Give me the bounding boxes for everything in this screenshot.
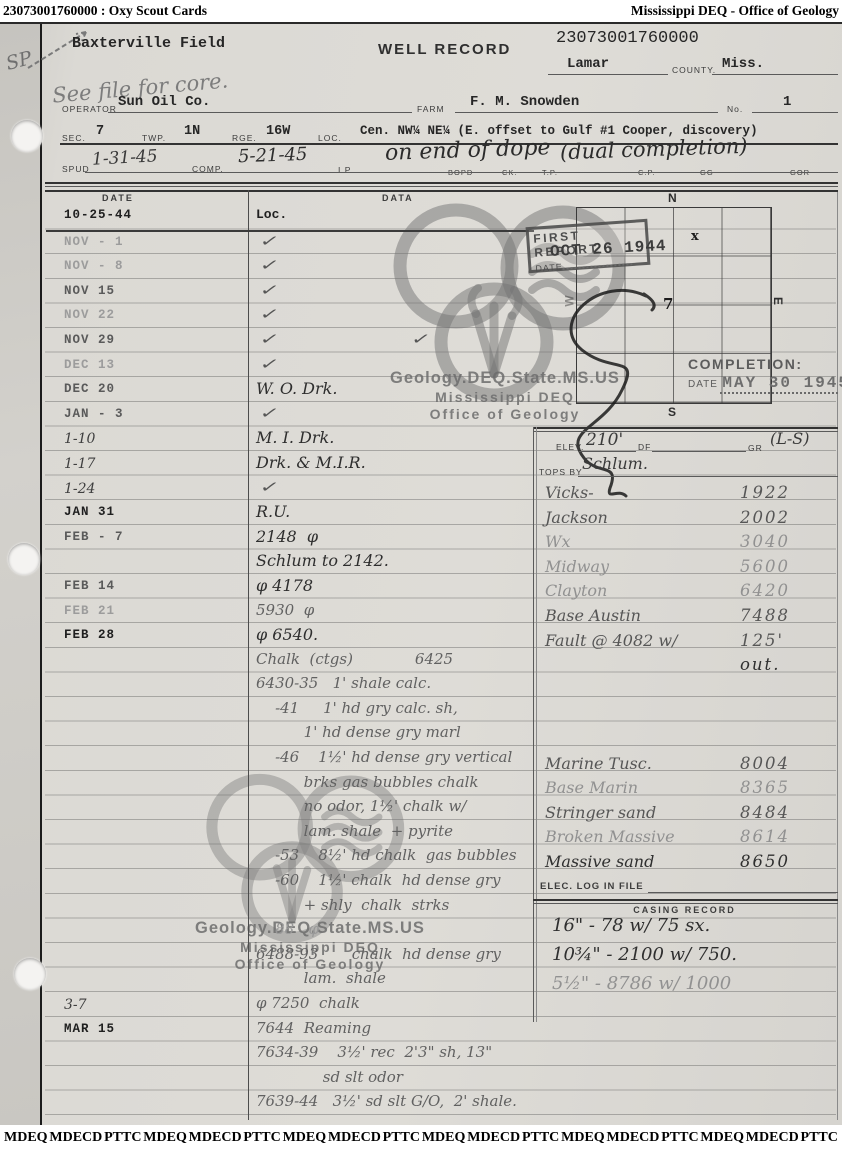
footer-token: MDEQ — [700, 1130, 744, 1146]
log-row: lam. shale + pyrite — [46, 822, 534, 847]
log-date — [46, 674, 248, 677]
log-data: ✓ — [246, 404, 679, 422]
log-date — [46, 896, 248, 899]
log-row: 7639-44 3½' sd slt G/O, 2' shale. — [46, 1092, 534, 1117]
formation-depth: 125' — [740, 631, 784, 656]
log-data: φ 7250 chalk — [248, 994, 534, 1012]
formation-name: Jackson — [537, 508, 740, 533]
formation-depth: 8614 — [740, 827, 790, 852]
log-data: -41 1' hd gry calc. sh, — [248, 699, 534, 717]
sec-label: SEC. — [62, 133, 86, 143]
log-row: + shly chalk strks — [46, 896, 534, 921]
log-date — [46, 748, 248, 751]
footer-token: MDECD — [328, 1130, 381, 1146]
comp-value: 5-21-45 — [238, 144, 308, 167]
log-data: lam. shale + pyrite — [248, 822, 534, 840]
df-label: DF — [638, 442, 651, 452]
log-data: Schlum to 2142. — [248, 551, 534, 570]
log-row: brks gas bubbles chalk — [46, 773, 534, 798]
formation-depth: 8004 — [740, 754, 790, 779]
footer-token: PTTC — [243, 1130, 280, 1146]
log-data: brks gas bubbles chalk — [248, 773, 534, 791]
compass-n: N — [668, 191, 677, 205]
log-date — [46, 822, 248, 825]
farm-label: FARM — [417, 104, 445, 114]
log-row: 1' hd dense gry marl — [46, 723, 534, 748]
formation-name: Wx — [537, 532, 740, 557]
log-data: -46 1½' hd dense gry vertical — [248, 748, 534, 766]
log-date: NOV 15 — [46, 281, 248, 298]
formation-depth: 8365 — [740, 778, 790, 803]
formation-depth: 7488 — [740, 606, 790, 631]
casing-record-lines: 16" - 78 w/ 75 sx.10¾" - 2100 w/ 750.5½"… — [552, 915, 837, 1002]
log-row: 1-10 M. I. Drk. — [46, 428, 534, 453]
log-date — [46, 723, 248, 726]
log-row: FEB - 7 2148 φ — [46, 527, 534, 552]
log-data: lam. shale — [248, 969, 534, 987]
formation-top-row: Vicks- 1922 — [537, 483, 836, 508]
log-date — [46, 1068, 248, 1071]
casing-line: 5½" - 8786 w/ 1000 — [552, 973, 837, 1002]
formation-name — [537, 680, 740, 705]
log-date: 1-10 — [46, 428, 248, 447]
formation-name: Vicks- — [537, 483, 740, 508]
log-data: Chalk (ctgs) 6425 — [248, 650, 534, 668]
log-row: 10-25-44 Loc. — [46, 205, 534, 232]
log-data: Drk. & M.I.R. — [248, 453, 534, 472]
formation-name: Base Austin — [537, 606, 740, 631]
log-data: M. I. Drk. — [248, 428, 534, 447]
log-date: DEC 20 — [46, 379, 248, 396]
footer-token: MDEQ — [422, 1130, 466, 1146]
formation-name: Massive sand — [537, 852, 740, 877]
formation-top-row: Stringer sand 8484 — [537, 803, 836, 828]
log-row: sd slt odor — [46, 1068, 534, 1093]
log-data: no odor, 1½' chalk w/ — [248, 797, 534, 815]
log-row: no odor, 1½' chalk w/ — [46, 797, 534, 822]
tops-by-label: TOPS BY — [539, 467, 583, 477]
formation-name: Broken Massive — [537, 827, 740, 852]
log-row: DEC 20 W. O. Drk. — [46, 379, 534, 404]
field-name: Baxterville Field — [72, 35, 225, 52]
formation-top-row: Wx 3040 — [537, 532, 836, 557]
form-title: WELL RECORD — [378, 41, 511, 58]
section-number: 7 — [663, 295, 673, 313]
log-data: 7639-44 3½' sd slt G/O, 2' shale. — [248, 1092, 534, 1110]
log-date — [46, 871, 248, 874]
log-data-header: DATA — [382, 193, 414, 203]
formation-depth: 3040 — [740, 532, 790, 557]
county-label: COUNTY. — [672, 65, 716, 75]
footer-token: MDECD — [607, 1130, 660, 1146]
compass-e: E — [771, 297, 785, 305]
log-row: JAN - 3 ✓ — [46, 404, 534, 429]
log-row: NOV - 1 ✓ — [46, 232, 534, 257]
log-date: FEB 21 — [46, 601, 248, 618]
log-date — [46, 920, 248, 923]
punch-hole-middle — [8, 543, 40, 575]
formation-tops-list: Vicks- 1922 Jackson 2002 Wx 3040 Midway … — [537, 483, 836, 877]
log-row: NOV 22 ✓ — [46, 305, 534, 330]
log-row: 88 φ — [46, 920, 534, 945]
log-date: NOV - 1 — [46, 232, 248, 249]
footer-token: MDEQ — [143, 1130, 187, 1146]
log-data: 5930 φ — [248, 601, 534, 619]
rge-value: 16W — [266, 124, 290, 139]
formation-name — [537, 729, 740, 754]
log-row: NOV 15 ✓ — [46, 281, 534, 306]
card-right-edge — [837, 190, 838, 1120]
log-date — [46, 945, 248, 948]
footer-token: PTTC — [383, 1130, 420, 1146]
log-date — [46, 551, 248, 554]
log-row: NOV - 8 ✓ — [46, 256, 534, 281]
log-row: MAR 15 7644 Reaming — [46, 1019, 534, 1044]
formation-depth: 1922 — [740, 483, 790, 508]
formation-name: Base Marin — [537, 778, 740, 803]
footer-token: MDEQ — [283, 1130, 327, 1146]
loc-label: LOC. — [318, 133, 342, 143]
compass-s: S — [668, 405, 676, 419]
log-row: 3-7 φ 7250 chalk — [46, 994, 534, 1019]
compass-w: W — [563, 295, 577, 306]
log-date: FEB 28 — [46, 625, 248, 642]
footer-token: MDEQ — [561, 1130, 605, 1146]
log-data: W. O. Drk. — [248, 379, 534, 398]
state-value: Miss. — [722, 56, 764, 72]
tops-by-value: Schlum. — [582, 454, 648, 473]
log-row: 1-17 Drk. & M.I.R. — [46, 453, 534, 478]
casing-line: 10¾" - 2100 w/ 750. — [552, 944, 837, 973]
formation-top-row: Massive sand 8650 — [537, 852, 836, 877]
log-data: 88 φ — [248, 920, 534, 938]
api-number: 23073001760000 — [556, 29, 699, 48]
log-row: Schlum to 2142. — [46, 551, 534, 576]
formation-top-row — [537, 729, 836, 754]
log-row: 7634-39 3½' rec 2'3" sh, 13" — [46, 1043, 534, 1068]
county-value: Lamar — [567, 56, 609, 72]
log-date — [46, 699, 248, 702]
log-date: FEB 14 — [46, 576, 248, 593]
formation-depth: 8484 — [740, 803, 790, 828]
formation-depth: out. — [740, 655, 780, 680]
log-date — [46, 846, 248, 849]
punch-hole-top — [11, 120, 43, 152]
log-data: 7644 Reaming — [248, 1019, 534, 1037]
log-data: -53 8½' hd chalk gas bubbles — [248, 846, 534, 864]
log-data: Loc. — [248, 205, 534, 222]
ip-label: I.P. — [338, 165, 354, 175]
log-row: 6430-35 1' shale calc. — [46, 674, 534, 699]
footer-token: PTTC — [801, 1130, 838, 1146]
twp-label: TWP. — [142, 133, 166, 143]
formation-name: Fault @ 4082 w/ — [537, 631, 740, 656]
formation-name: Stringer sand — [537, 803, 740, 828]
spud-value: 1-31-45 — [92, 146, 159, 169]
rge-label: RGE. — [232, 133, 257, 143]
formation-top-row: Marine Tusc. 8004 — [537, 754, 836, 779]
twp-value: 1N — [184, 124, 200, 139]
log-row: -46 1½' hd dense gry vertical — [46, 748, 534, 773]
formation-name: Midway — [537, 557, 740, 582]
log-date: FEB - 7 — [46, 527, 248, 544]
log-data: 7634-39 3½' rec 2'3" sh, 13" — [248, 1043, 534, 1061]
log-date — [46, 650, 248, 653]
casing-record-label: CASING RECORD — [533, 905, 836, 915]
log-data: -60 1½' chalk hd dense gry — [248, 871, 534, 889]
formation-name: Marine Tusc. — [537, 754, 740, 779]
log-row: FEB 28 φ 6540. — [46, 625, 534, 650]
log-data: 6488-93 chalk hd dense gry — [248, 945, 534, 963]
log-row: NOV 29 ✓ ✓ — [46, 330, 534, 355]
formation-name — [537, 704, 740, 729]
log-row: -41 1' hd gry calc. sh, — [46, 699, 534, 724]
footer-token: MDECD — [49, 1130, 102, 1146]
gr-label: GR — [748, 443, 763, 453]
formation-name: Clayton — [537, 581, 740, 606]
footer-token: MDECD — [467, 1130, 520, 1146]
log-row: JAN 31 R.U. — [46, 502, 534, 527]
log-date: MAR 15 — [46, 1019, 248, 1036]
log-date: NOV - 8 — [46, 256, 248, 273]
log-row: -60 1½' chalk hd dense gry — [46, 871, 534, 896]
log-date: JAN 31 — [46, 502, 248, 519]
well-record-card: Geology.DEQ.State.MS.US Mississippi DEQ … — [0, 22, 842, 1127]
formation-depth: 5600 — [740, 557, 790, 582]
log-row: FEB 21 5930 φ — [46, 601, 534, 626]
log-date: JAN - 3 — [46, 404, 248, 421]
elec-log-label: ELEC. LOG IN FILE — [540, 881, 644, 892]
log-date: 1-24 — [46, 478, 248, 497]
footer-token: PTTC — [104, 1130, 141, 1146]
log-data: R.U. — [248, 502, 534, 521]
log-data: φ 4178 — [248, 576, 534, 595]
log-date — [46, 797, 248, 800]
formation-top-row — [537, 704, 836, 729]
log-data: 2148 φ — [248, 527, 534, 546]
formation-depth: 8650 — [740, 852, 790, 877]
log-row: 6488-93 chalk hd dense gry — [46, 945, 534, 970]
completion-stamp: COMPLETION: DATE MAY 30 1945 — [688, 356, 838, 394]
viewer-header: 23073001760000 : Oxy Scout Cards Mississ… — [0, 0, 842, 22]
log-row: -53 8½' hd chalk gas bubbles — [46, 846, 534, 871]
formation-top-row: Base Marin 8365 — [537, 778, 836, 803]
sec-value: 7 — [96, 124, 104, 139]
gr-value: (L-S) — [770, 429, 809, 448]
footer-token: PTTC — [661, 1130, 698, 1146]
log-data: sd slt odor — [248, 1068, 534, 1086]
log-row: DEC 13 ✓ — [46, 355, 534, 380]
well-number-label: No. — [727, 104, 743, 114]
ip-value: on end of dope — [385, 135, 551, 166]
formation-top-row: Broken Massive 8614 — [537, 827, 836, 852]
punch-hole-bottom — [14, 958, 46, 990]
log-date — [46, 773, 248, 776]
scanned-well-record-page: 23073001760000 : Oxy Scout Cards Mississ… — [0, 0, 842, 1151]
formation-top-row: Fault @ 4082 w/ 125' — [537, 631, 836, 656]
elev-value: 210' — [586, 430, 623, 450]
well-number-value: 1 — [783, 94, 791, 110]
log-rows: 10-25-44 Loc. NOV - 1 ✓ NOV - 8 ✓ NOV 15… — [46, 205, 534, 1117]
log-date: NOV 22 — [46, 305, 248, 322]
well-location-x: x — [691, 229, 699, 244]
log-date-header: DATE — [102, 193, 134, 203]
log-date: 1-17 — [46, 453, 248, 472]
formation-top-row: Jackson 2002 — [537, 508, 836, 533]
footer-token: MDECD — [189, 1130, 242, 1146]
log-data: + shly chalk strks — [248, 896, 534, 914]
formation-top-row — [537, 680, 836, 705]
farm-value: F. M. Snowden — [470, 94, 579, 110]
footer-token: MDECD — [746, 1130, 799, 1146]
formation-depth: 2002 — [740, 508, 790, 533]
formation-name — [537, 655, 740, 680]
log-row: lam. shale — [46, 969, 534, 994]
viewer-footer: MDEQMDECDPTTCMDEQMDECDPTTCMDEQMDECDPTTCM… — [0, 1125, 842, 1151]
footer-token: PTTC — [522, 1130, 559, 1146]
log-date: 10-25-44 — [46, 205, 248, 222]
log-data: 1' hd dense gry marl — [248, 723, 534, 741]
completion-date: MAY 30 1945 — [722, 374, 842, 392]
log-row: 1-24 ✓ — [46, 478, 534, 503]
formation-depth: 6420 — [740, 581, 790, 606]
formation-top-row: Base Austin 7488 — [537, 606, 836, 631]
log-row: FEB 14 φ 4178 — [46, 576, 534, 601]
log-date: NOV 29 — [46, 330, 248, 347]
viewer-title-left: 23073001760000 : Oxy Scout Cards — [3, 3, 207, 19]
casing-line: 16" - 78 w/ 75 sx. — [552, 915, 837, 944]
log-data: φ 6540. — [248, 625, 534, 644]
formation-top-row: out. — [537, 655, 836, 680]
dual-completion-note: (dual completion) — [560, 134, 748, 165]
formation-top-row: Clayton 6420 — [537, 581, 836, 606]
log-date: 3-7 — [46, 994, 248, 1013]
log-date — [46, 1092, 248, 1095]
log-date: DEC 13 — [46, 355, 248, 372]
viewer-title-right: Mississippi DEQ - Office of Geology — [631, 3, 839, 19]
footer-token: MDEQ — [4, 1130, 48, 1146]
log-date — [46, 969, 248, 972]
log-date — [46, 1043, 248, 1046]
log-row: Chalk (ctgs) 6425 — [46, 650, 534, 675]
log-data: 6430-35 1' shale calc. — [248, 674, 534, 692]
formation-top-row: Midway 5600 — [537, 557, 836, 582]
operator-value: Sun Oil Co. — [118, 94, 210, 110]
